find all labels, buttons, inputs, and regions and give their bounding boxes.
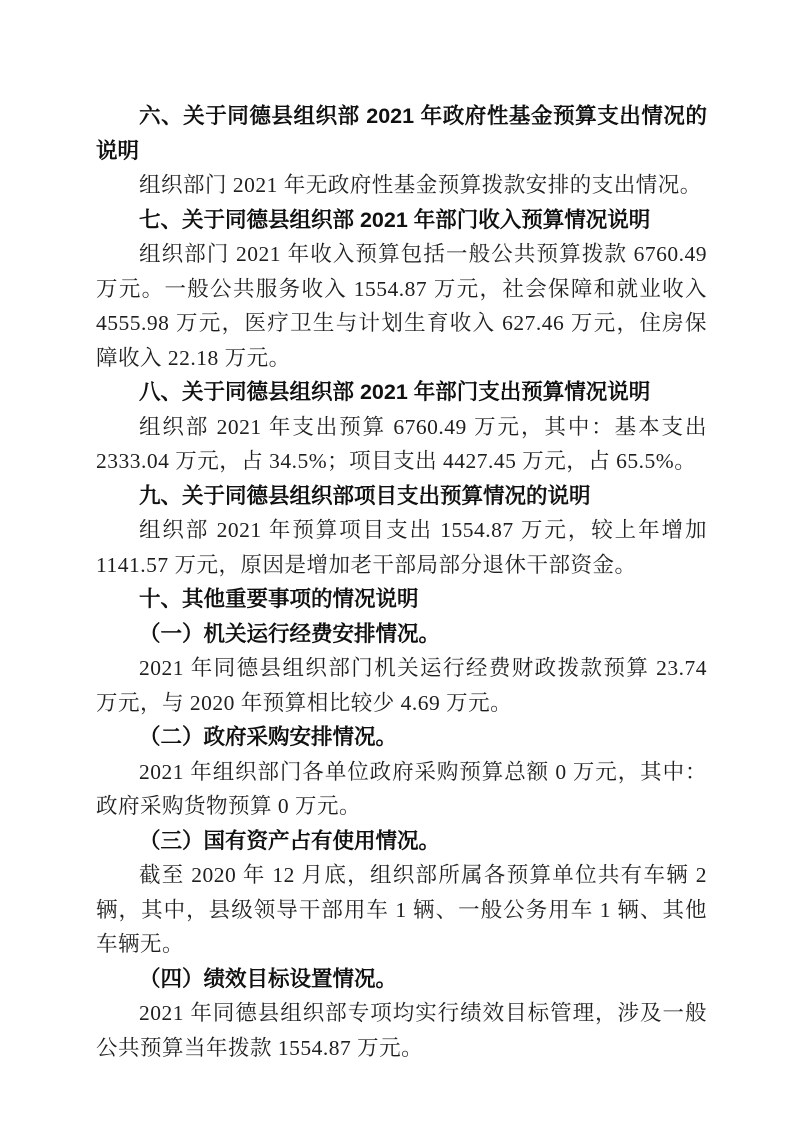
subsection-10-2-paragraph: 2021 年组织部门各单位政府采购预算总额 0 万元，其中：政府采购货物预算 0… — [96, 755, 707, 824]
subsection-heading-10-2: （二）政府采购安排情况。 — [96, 720, 707, 755]
section-9-paragraph: 组织部 2021 年预算项目支出 1554.87 万元，较上年增加 1141.5… — [96, 513, 707, 582]
document-page: 六、关于同德县组织部 2021 年政府性基金预算支出情况的说明 组织部门 202… — [0, 0, 793, 1122]
section-6-paragraph: 组织部门 2021 年无政府性基金预算拨款安排的支出情况。 — [96, 168, 707, 203]
section-heading-9: 九、关于同德县组织部项目支出预算情况的说明 — [96, 479, 707, 514]
subsection-heading-10-1: （一）机关运行经费安排情况。 — [96, 617, 707, 652]
section-heading-8: 八、关于同德县组织部 2021 年部门支出预算情况说明 — [96, 375, 707, 410]
subsection-10-4-paragraph: 2021 年同德县组织部专项均实行绩效目标管理，涉及一般公共预算当年拨款 155… — [96, 996, 707, 1065]
subsection-10-1-paragraph: 2021 年同德县组织部门机关运行经费财政拨款预算 23.74 万元，与 202… — [96, 651, 707, 720]
section-7-paragraph: 组织部门 2021 年收入预算包括一般公共预算拨款 6760.49 万元。一般公… — [96, 237, 707, 375]
subsection-heading-10-4: （四）绩效目标设置情况。 — [96, 962, 707, 997]
subsection-heading-10-3: （三）国有资产占有使用情况。 — [96, 824, 707, 859]
section-heading-7: 七、关于同德县组织部 2021 年部门收入预算情况说明 — [96, 203, 707, 238]
section-heading-10: 十、其他重要事项的情况说明 — [96, 582, 707, 617]
section-8-paragraph: 组织部 2021 年支出预算 6760.49 万元，其中：基本支出 2333.0… — [96, 410, 707, 479]
section-heading-6: 六、关于同德县组织部 2021 年政府性基金预算支出情况的说明 — [96, 99, 707, 168]
subsection-10-3-paragraph: 截至 2020 年 12 月底，组织部所属各预算单位共有车辆 2 辆，其中，县级… — [96, 858, 707, 962]
